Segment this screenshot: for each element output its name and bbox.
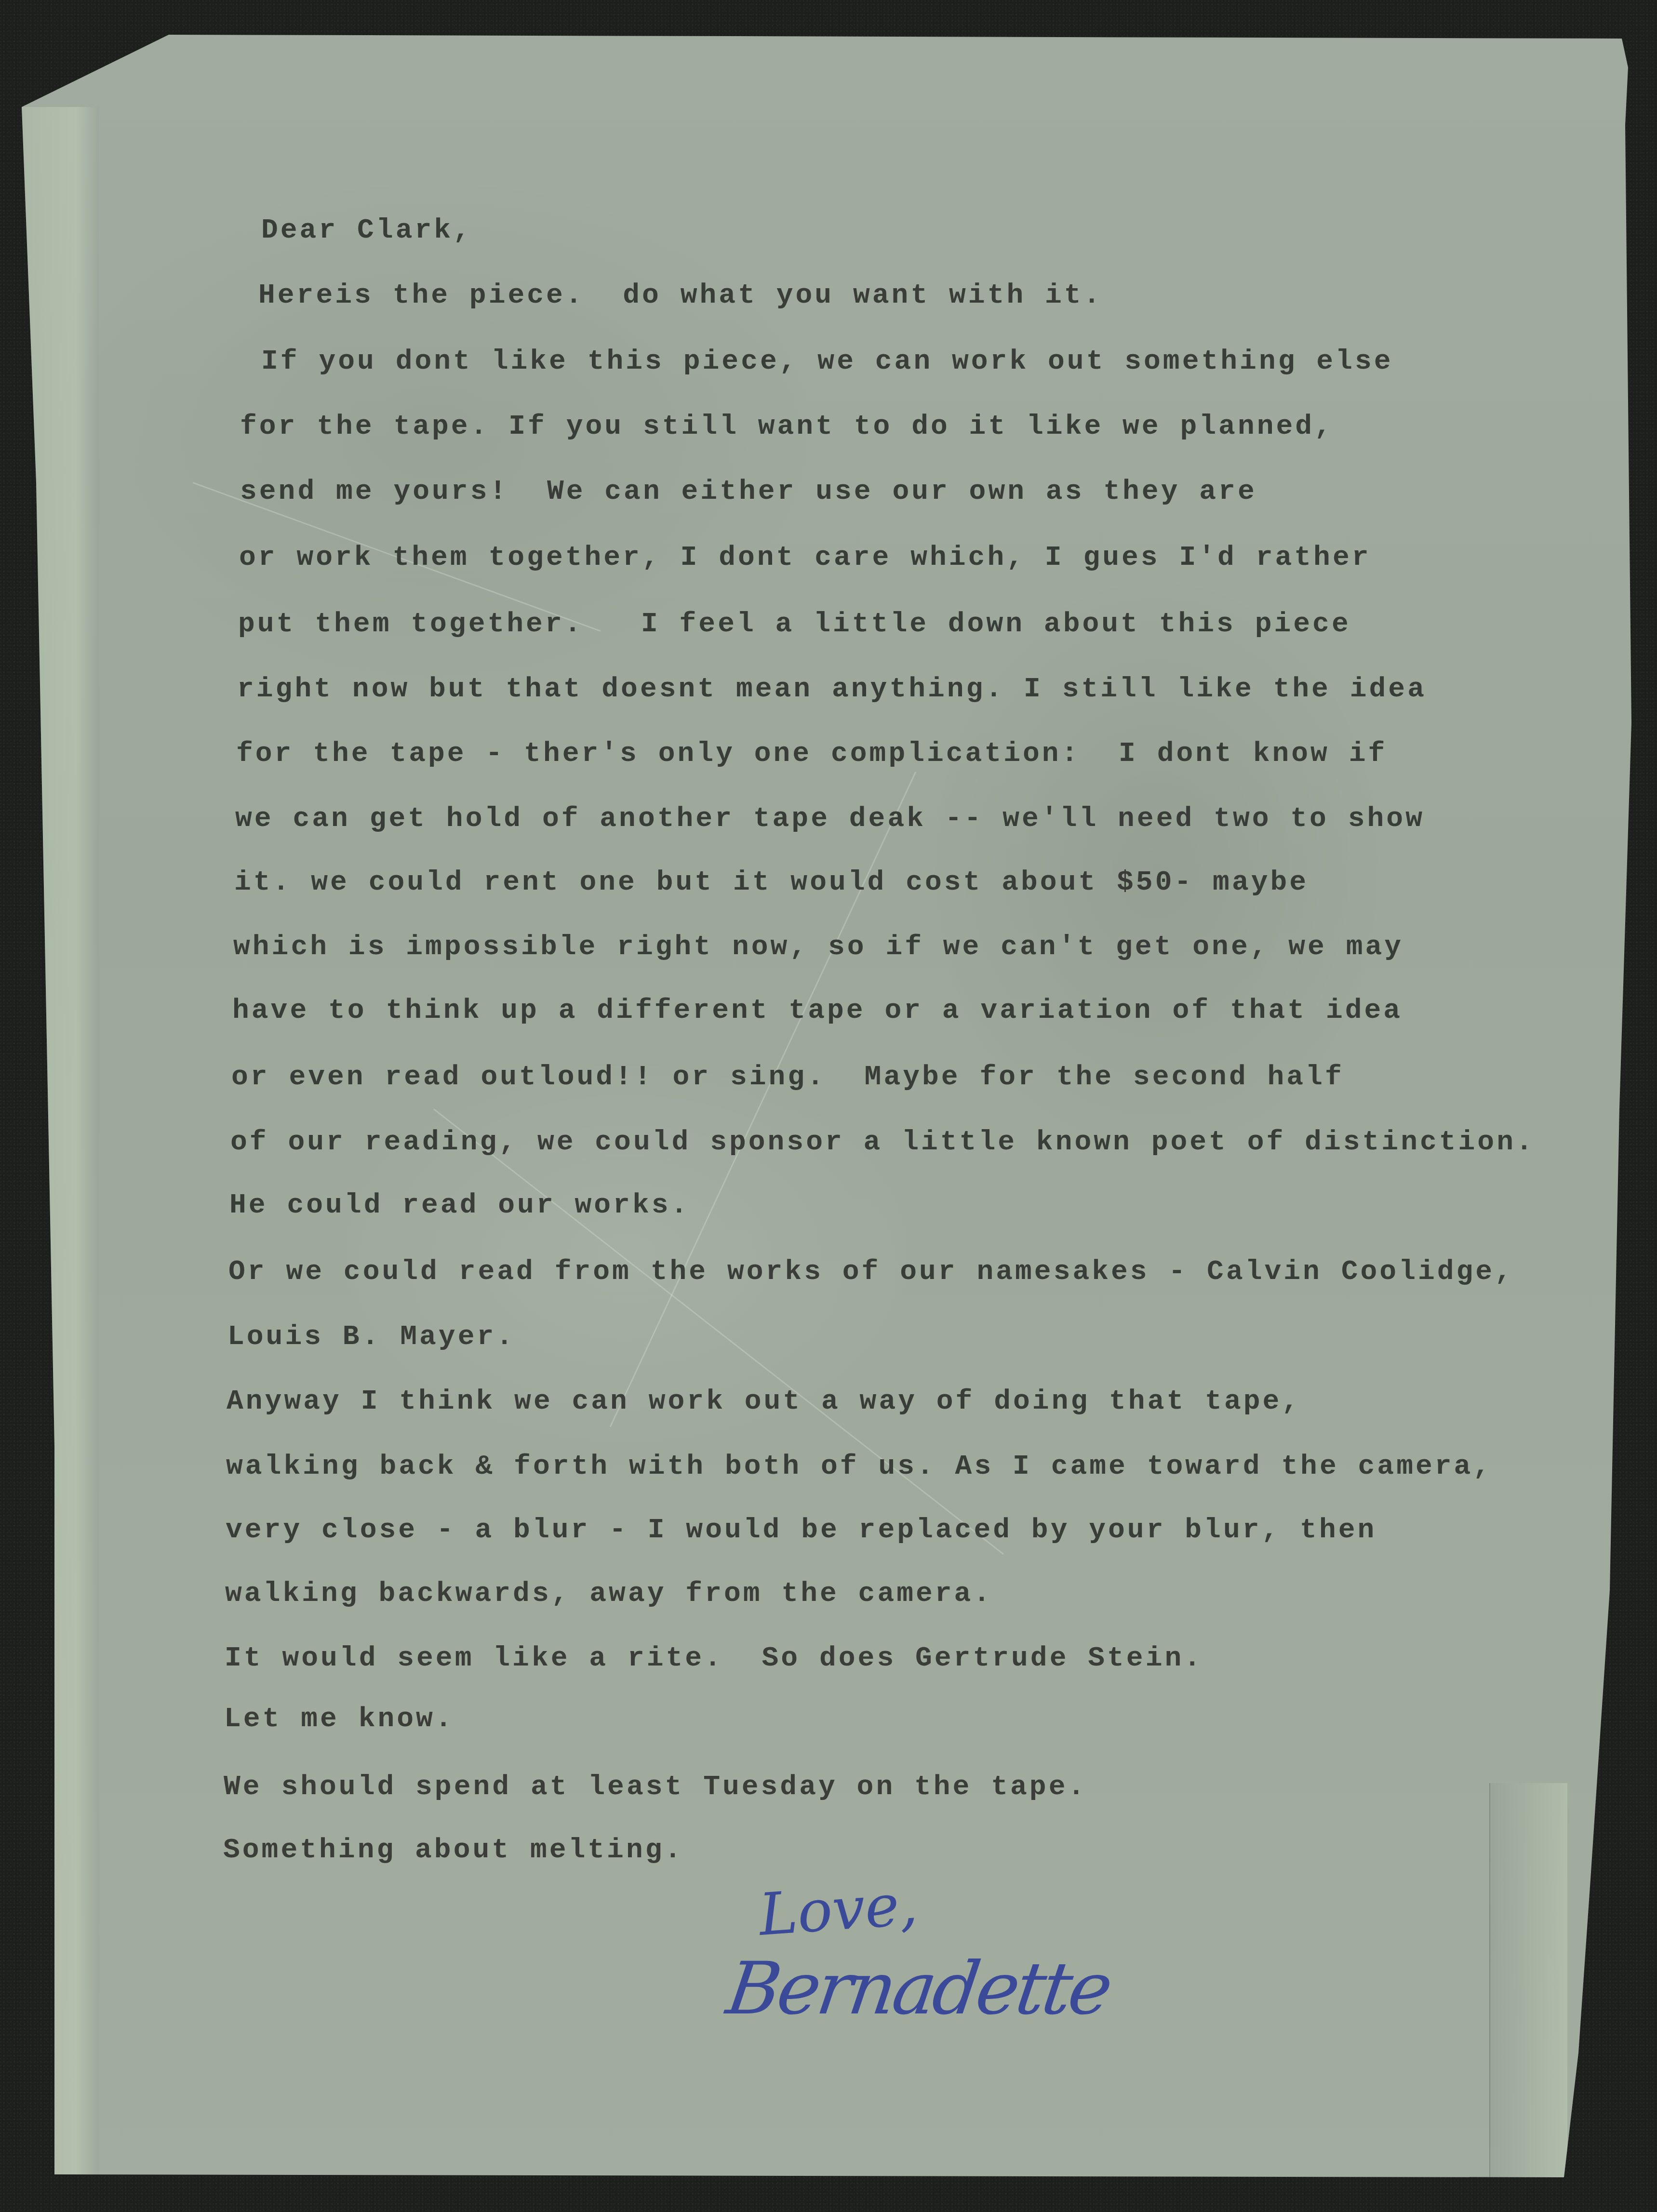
- letter-line: walking back & forth with both of us. As…: [226, 1453, 1492, 1481]
- letter-line: Louis B. Mayer.: [227, 1323, 515, 1351]
- letter-line: put them together. I feel a little down …: [238, 611, 1351, 639]
- letter-line: for the tape. If you still want to do it…: [240, 413, 1334, 441]
- letter-line: walking backwards, away from the camera.: [225, 1580, 992, 1608]
- letter-line: send me yours! We can either use our own…: [240, 478, 1257, 506]
- letter-line: we can get hold of another tape deak -- …: [235, 805, 1425, 833]
- letter-line: very close - a blur - I would be replace…: [226, 1517, 1376, 1545]
- letter-line: He could read our works.: [229, 1192, 690, 1220]
- letter-line: We should spend at least Tuesday on the …: [224, 1773, 1087, 1801]
- letter-line: of our reading, we could sponsor a littl…: [230, 1129, 1535, 1157]
- letter-line: Let me know.: [224, 1706, 454, 1733]
- letter-line: Or we could read from the works of our n…: [228, 1258, 1514, 1286]
- letter-line: for the tape - ther's only one complicat…: [236, 740, 1387, 768]
- letter-line: Anyway I think we can work out a way of …: [227, 1388, 1301, 1416]
- letter-line: which is impossible right now, so if we …: [233, 933, 1403, 961]
- letter-line: or even read outloud!! or sing. Maybe fo…: [231, 1064, 1344, 1092]
- letter-line: If you dont like this piece, we can work…: [261, 348, 1393, 376]
- letter-line: or work them together, I dont care which…: [239, 544, 1371, 572]
- salutation: Dear Clark,: [261, 217, 472, 245]
- letter-line: have to think up a different tape or a v…: [232, 997, 1403, 1025]
- letter-line: right now but that doesnt mean anything.…: [237, 676, 1427, 704]
- tissue-paper-sheet: Dear Clark, Hereis the piece. do what yo…: [0, 0, 1657, 2212]
- letter-line: Something about melting.: [223, 1837, 683, 1865]
- letter-line: Hereis the piece. do what you want with …: [258, 282, 1102, 310]
- signature-handwritten: Bernadette: [722, 1947, 1115, 2031]
- closing-handwritten: Love,: [757, 1871, 920, 1949]
- letter-line: it. we could rent one but it would cost …: [234, 869, 1309, 897]
- letter-line: It would seem like a rite. So does Gertr…: [225, 1645, 1203, 1673]
